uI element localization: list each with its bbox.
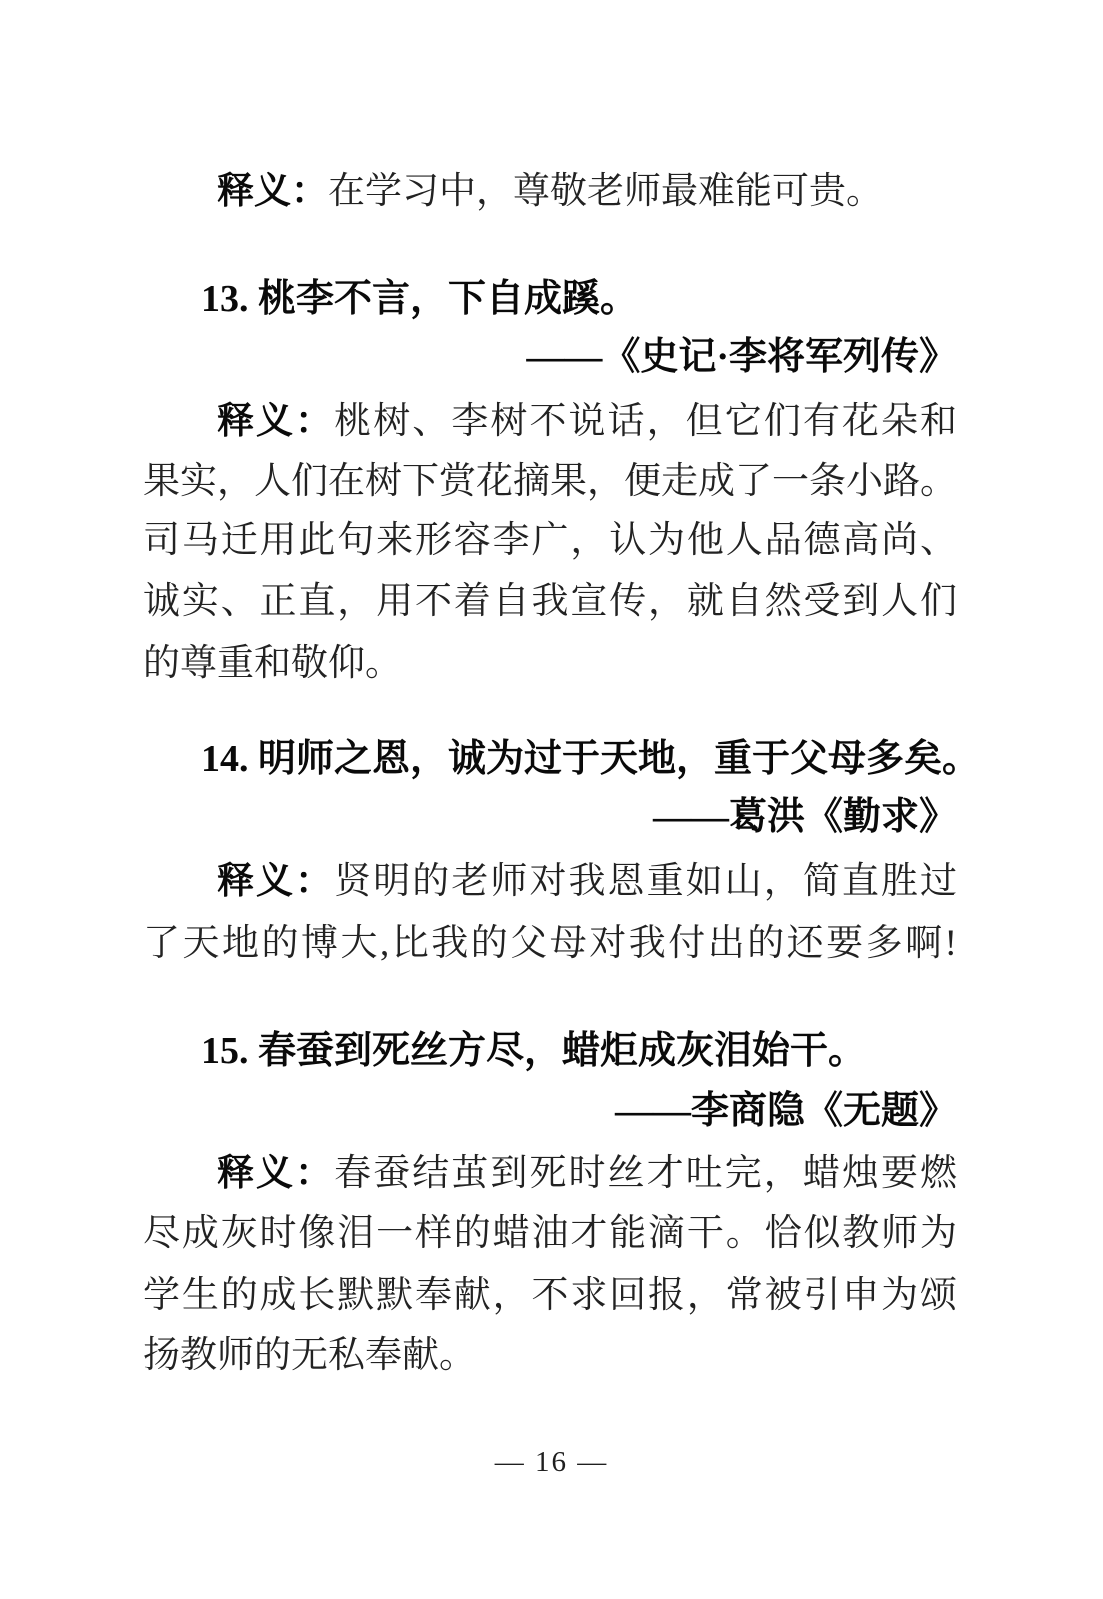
interpretation-text: 春蚕结茧到死时丝才吐完，蜡烛要燃: [334, 1153, 957, 1194]
entry-13-interpretation-line-3: 司马迁用此句来形容李广，认为他人品德高尚、: [143, 511, 957, 571]
entry-14-source: ——葛洪《勤求》: [143, 787, 957, 847]
book-page: 释义：在学习中，尊敬老师最难能可贵。 13. 桃李不言，下自成蹊。 ——《史记·…: [0, 0, 1103, 1599]
entry-13-interpretation-line-1: 释义：桃树、李树不说话，但它们有花朵和: [143, 392, 957, 452]
interpretation-label: 释义：: [217, 171, 328, 212]
interpretation-label: 释义：: [217, 401, 334, 442]
interpretation-text: 桃树、李树不说话，但它们有花朵和: [334, 401, 957, 442]
page-number: — 16 —: [0, 1442, 1103, 1482]
entry-15-interpretation-line-3: 学生的成长默默奉献，不求回报，常被引申为颂: [143, 1266, 957, 1326]
interpretation-line: 释义：在学习中，尊敬老师最难能可贵。: [143, 162, 957, 222]
entry-14-interpretation-line-2: 了天地的博大,比我的父母对我付出的还要多啊!: [143, 914, 957, 974]
entry-13-interpretation-line-5: 的尊重和敬仰。: [143, 634, 957, 694]
interpretation-text: 贤明的老师对我恩重如山，简直胜过: [334, 861, 957, 902]
entry-15-interpretation-line-1: 释义：春蚕结茧到死时丝才吐完，蜡烛要燃: [143, 1144, 957, 1204]
entry-15-interpretation-line-2: 尽成灰时像泪一样的蜡油才能滴干。恰似教师为: [143, 1204, 957, 1264]
entry-15-interpretation-line-4: 扬教师的无私奉献。: [143, 1326, 957, 1386]
entry-13-source: ——《史记·李将军列传》: [143, 327, 957, 387]
entry-13-heading: 13. 桃李不言，下自成蹊。: [143, 269, 957, 329]
entry-13-interpretation-line-4: 诚实、正直，用不着自我宣传，就自然受到人们: [143, 572, 957, 632]
entry-15-source: ——李商隐《无题》: [143, 1081, 957, 1141]
interpretation-label: 释义：: [217, 1153, 334, 1194]
interpretation-label: 释义：: [217, 861, 334, 902]
entry-13-interpretation-line-2: 果实，人们在树下赏花摘果，便走成了一条小路。: [143, 452, 957, 512]
entry-14-interpretation-line-1: 释义：贤明的老师对我恩重如山，简直胜过: [143, 852, 957, 912]
entry-15-heading: 15. 春蚕到死丝方尽，蜡炬成灰泪始干。: [143, 1021, 957, 1081]
interpretation-text: 在学习中，尊敬老师最难能可贵。: [328, 171, 883, 212]
entry-14-heading: 14. 明师之恩，诚为过于天地，重于父母多矣。: [143, 729, 957, 789]
